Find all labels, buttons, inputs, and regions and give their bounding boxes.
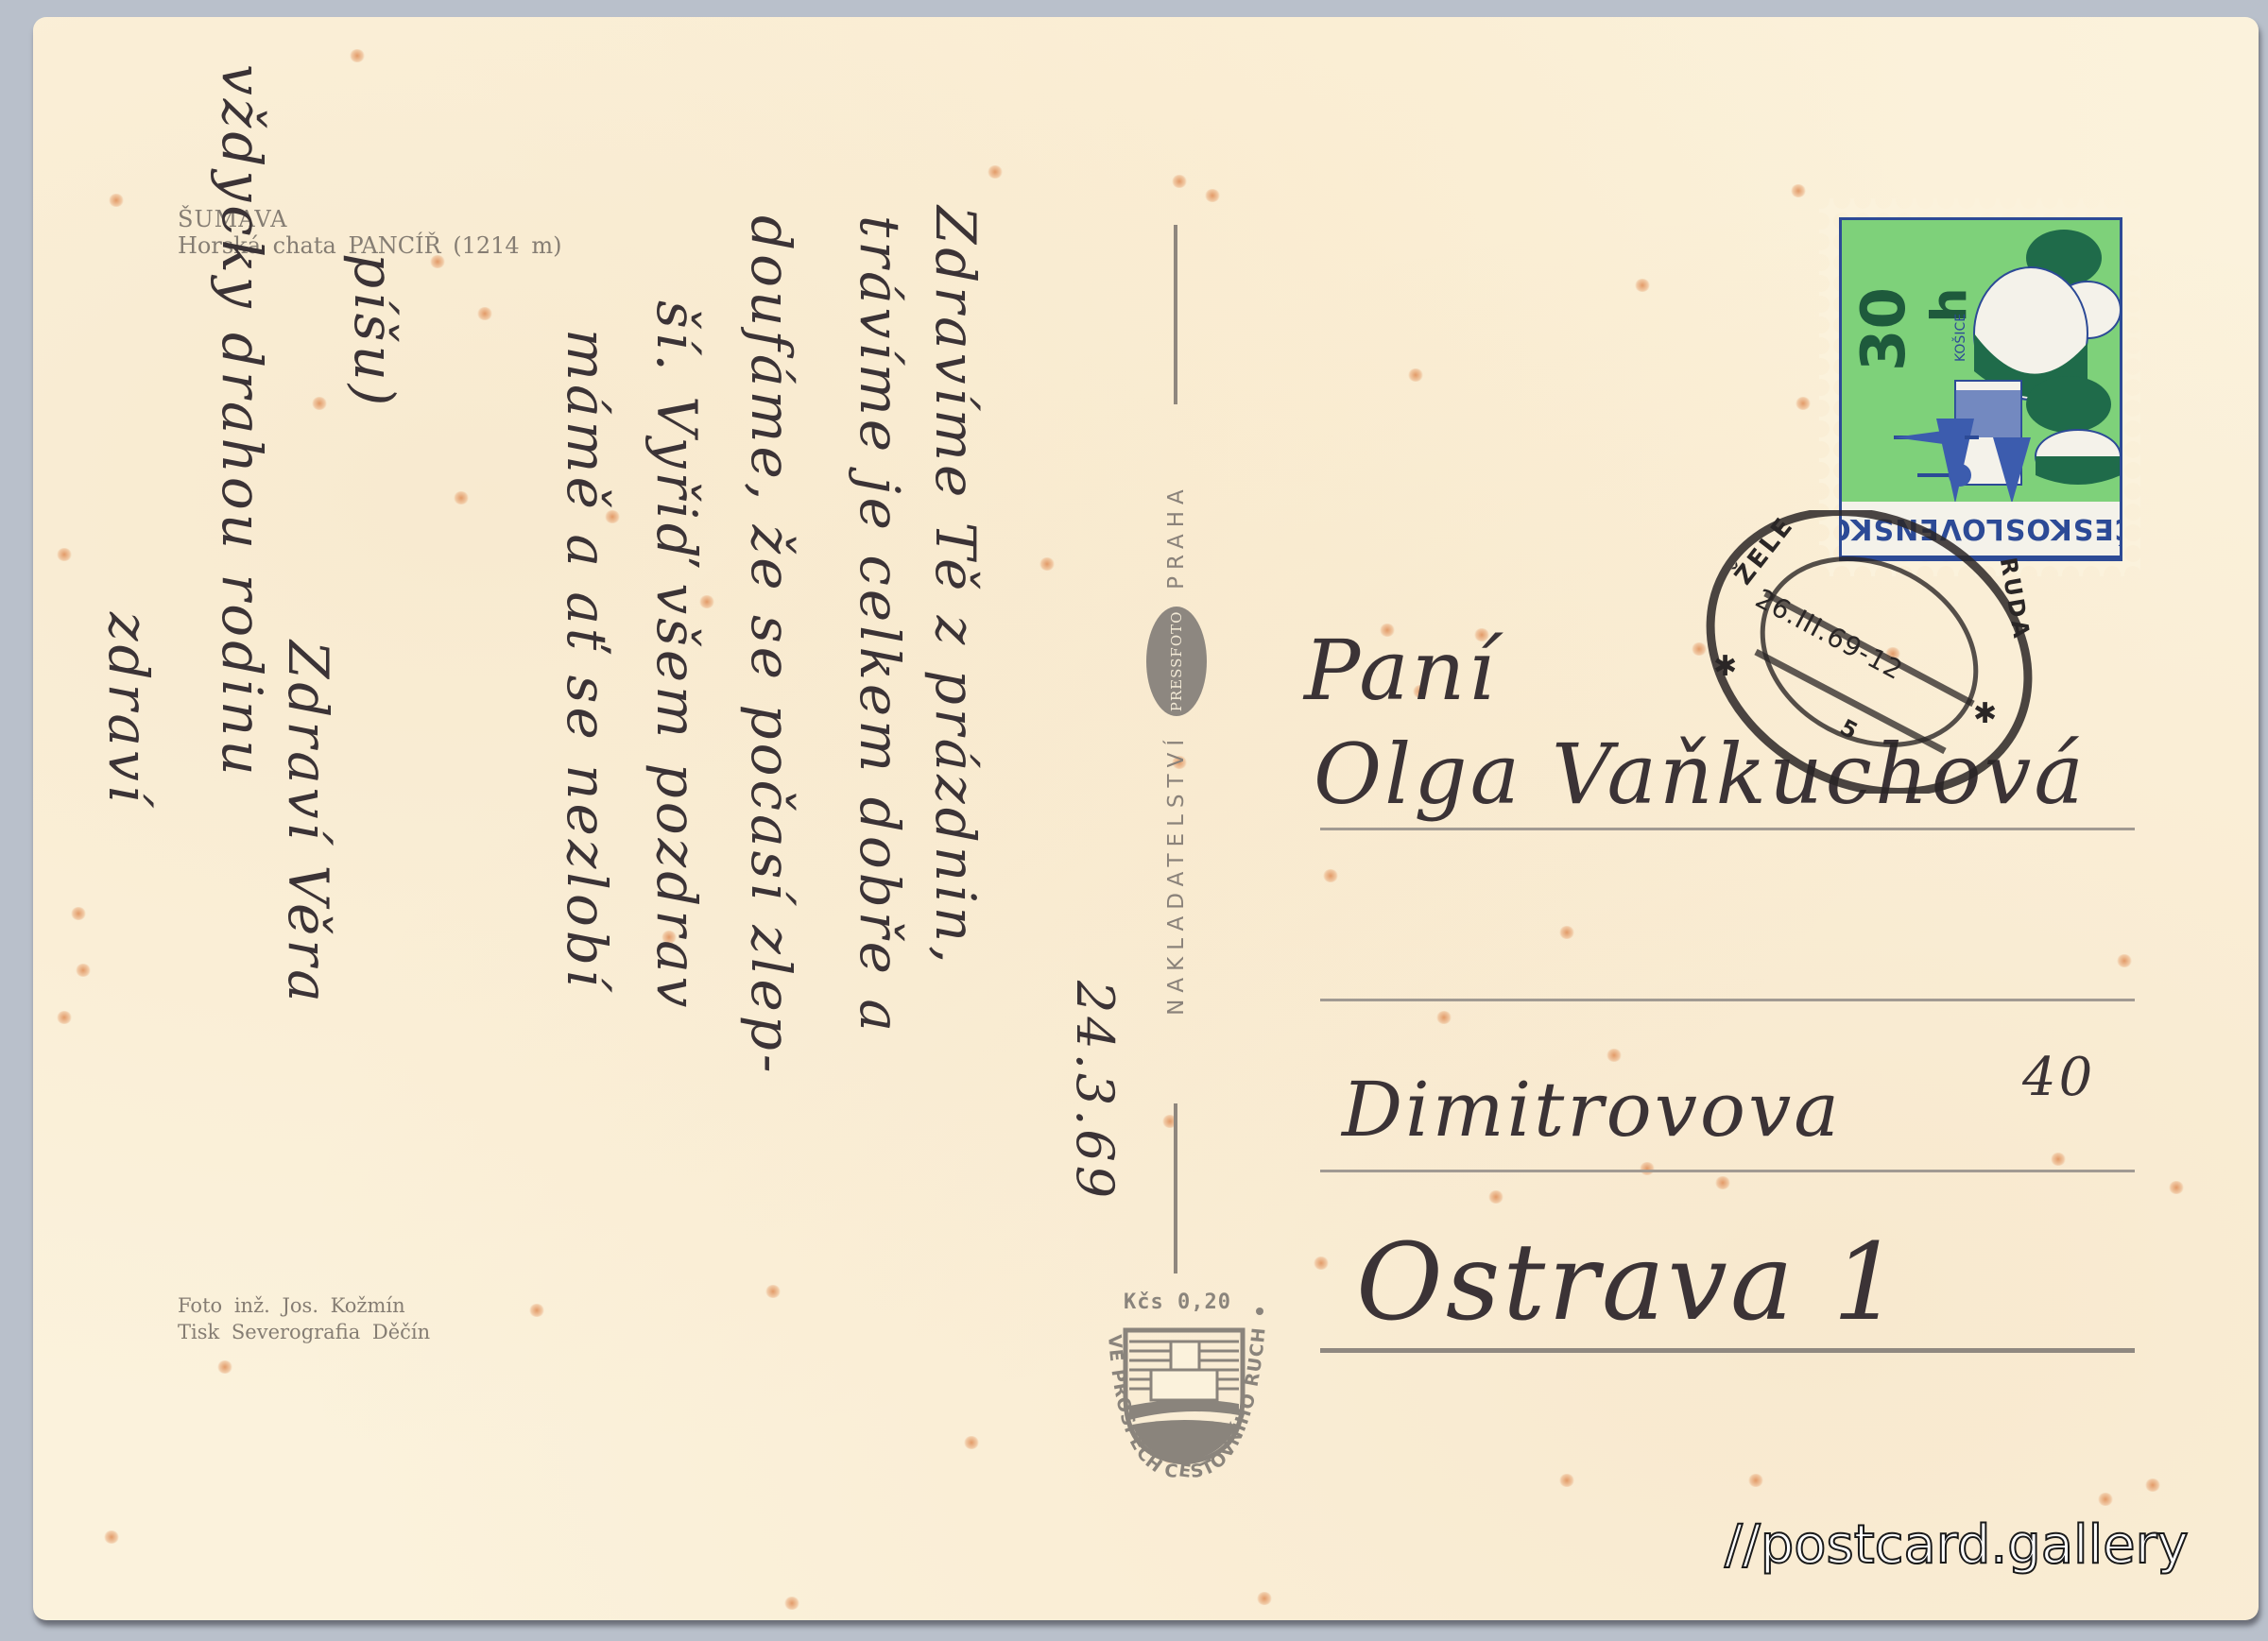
foxing-spot [784, 1597, 799, 1610]
foxing-spot [1205, 189, 1220, 202]
address-line-3 [1320, 1170, 2135, 1172]
message-line: mámě a ať se nezlobí [555, 329, 619, 991]
emblem-ring-text: VE PROSPĚCH CESTOVNÍHO RUCHU [1080, 1283, 1288, 1481]
foxing-spot [1488, 1190, 1503, 1204]
foxing-spot [529, 1304, 544, 1317]
message-date: 24.3.69 [1065, 981, 1125, 1202]
stamp-unit: h [1922, 287, 1979, 322]
price-emblem: Kčs 0,20 VE PROSPĚCH CESTOVNÍHO RUCHU [1080, 1283, 1288, 1481]
address-street: Dimitrovova [1342, 1066, 1842, 1154]
foxing-spot [2169, 1181, 2184, 1194]
foxing-spot [1606, 1049, 1622, 1062]
foxing-spot [1314, 1256, 1329, 1270]
publisher-left: NAKLADATELSTVÍ [1164, 733, 1189, 1016]
foxing-spot [454, 491, 469, 504]
foxing-spot [57, 548, 72, 561]
svg-text:✱: ✱ [1713, 651, 1737, 682]
photo-credit: Foto inž. Jos. Kožmín [178, 1294, 405, 1317]
foxing-spot [104, 1530, 119, 1544]
foxing-spot [1640, 1162, 1655, 1175]
message-line: vždycky drahou rodinu [210, 64, 274, 779]
foxing-spot [988, 165, 1003, 179]
foxing-spot [1039, 557, 1055, 571]
message-line: doufáme, že se počasí zlep- [739, 215, 803, 1077]
print-credit: Tisk Severografia Děčín [178, 1321, 430, 1343]
foxing-spot [1795, 397, 1811, 410]
foxing-spot [1436, 1011, 1452, 1024]
foxing-spot [76, 964, 91, 977]
foxing-spot [2098, 1493, 2113, 1506]
message-line: píšu) [342, 253, 406, 409]
message-line: ší. Vyřiď všem pozdrav [644, 300, 709, 1011]
foxing-spot [1635, 279, 1650, 292]
pressfoto-logo-icon: PRESSFOTO [1146, 607, 1207, 716]
svg-text:✱: ✱ [1973, 698, 1997, 729]
foxing-spot [1408, 368, 1423, 382]
address-line-2 [1320, 999, 2135, 1001]
postmark: ✱ ✱ ŽELE RUDA 26.III.69-12 5 [1690, 510, 2039, 794]
foxing-spot [477, 307, 492, 320]
foxing-spot [57, 1011, 72, 1024]
message-line: zdraví [96, 612, 161, 806]
foxing-spot [217, 1360, 232, 1374]
address-line-4 [1320, 1348, 2135, 1353]
foxing-spot [2051, 1153, 2066, 1166]
foxing-spot [1748, 1474, 1763, 1487]
foxing-spot [350, 49, 365, 62]
stamp-city: KOŠICE [1953, 314, 1968, 362]
foxing-spot [1257, 1592, 1272, 1605]
foxing-spot [1559, 1474, 1574, 1487]
address-city: Ostrava 1 [1356, 1222, 1903, 1344]
address-salutation: Paní [1304, 622, 1498, 719]
foxing-spot [1323, 869, 1338, 882]
stamp-value: 30 [1849, 287, 1919, 371]
message-signature: Zdraví Věra [276, 641, 340, 1006]
publisher-divider: NAKLADATELSTVÍ PRESSFOTO PRAHA [1158, 225, 1195, 1273]
message-line: Zdravíme Tě z prázdnin, [923, 206, 988, 967]
foxing-spot [2117, 954, 2132, 967]
foxing-spot [1172, 175, 1187, 188]
foxing-spot [312, 397, 327, 410]
foxing-spot [109, 194, 124, 207]
svg-text:VE PROSPĚCH CESTOVNÍHO RUCHU: VE PROSPĚCH CESTOVNÍHO RUCHU [1080, 1283, 1270, 1481]
foxing-spot [71, 907, 86, 920]
publisher-text: NAKLADATELSTVÍ PRESSFOTO PRAHA [1158, 239, 1195, 1259]
foxing-spot [2145, 1479, 2160, 1492]
watermark: //postcard.gallery [1725, 1514, 2189, 1576]
address-house-number: 40 [2022, 1047, 2095, 1108]
foxing-spot [1715, 1176, 1730, 1189]
foxing-spot [964, 1436, 979, 1449]
message-line: trávíme je celkem dobře a [848, 215, 912, 1035]
foxing-spot [765, 1285, 781, 1298]
foxing-spot [1559, 926, 1574, 939]
publisher-right: PRAHA [1164, 483, 1189, 590]
address-line-1 [1320, 828, 2135, 830]
foxing-spot [1791, 184, 1806, 197]
